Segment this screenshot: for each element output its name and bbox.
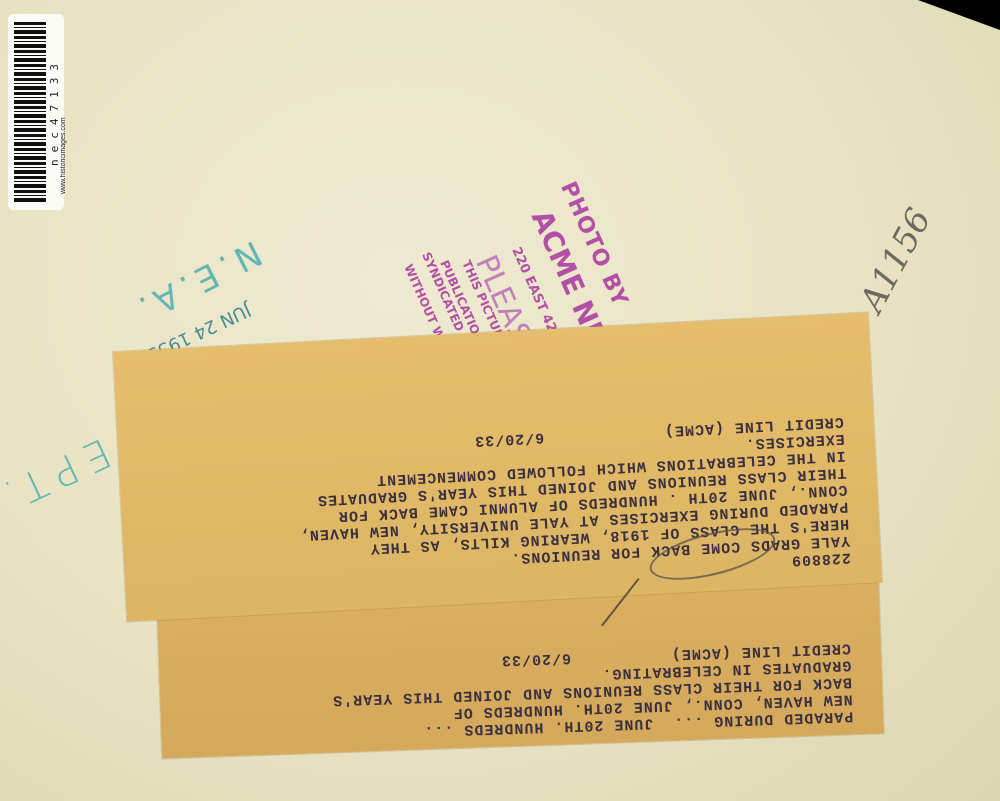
caption-slip-front: 228809 YALE GRADS COME BACK FOR REUNIONS… xyxy=(113,312,882,621)
caption-back-text: PARADED DURING ... JUNE 20TH. HUNDREDS .… xyxy=(331,639,854,742)
barcode-url: www.historicimages.com xyxy=(60,74,70,194)
barcode-icon xyxy=(14,22,46,202)
photo-back: nec47133 www.historicimages.com N.E.A. J… xyxy=(0,0,1000,801)
caption-front-text: 228809 YALE GRADS COME BACK FOR REUNIONS… xyxy=(294,413,851,595)
barcode-label: nec47133 www.historicimages.com xyxy=(8,14,64,210)
pencil-note: A1156 xyxy=(852,202,939,319)
